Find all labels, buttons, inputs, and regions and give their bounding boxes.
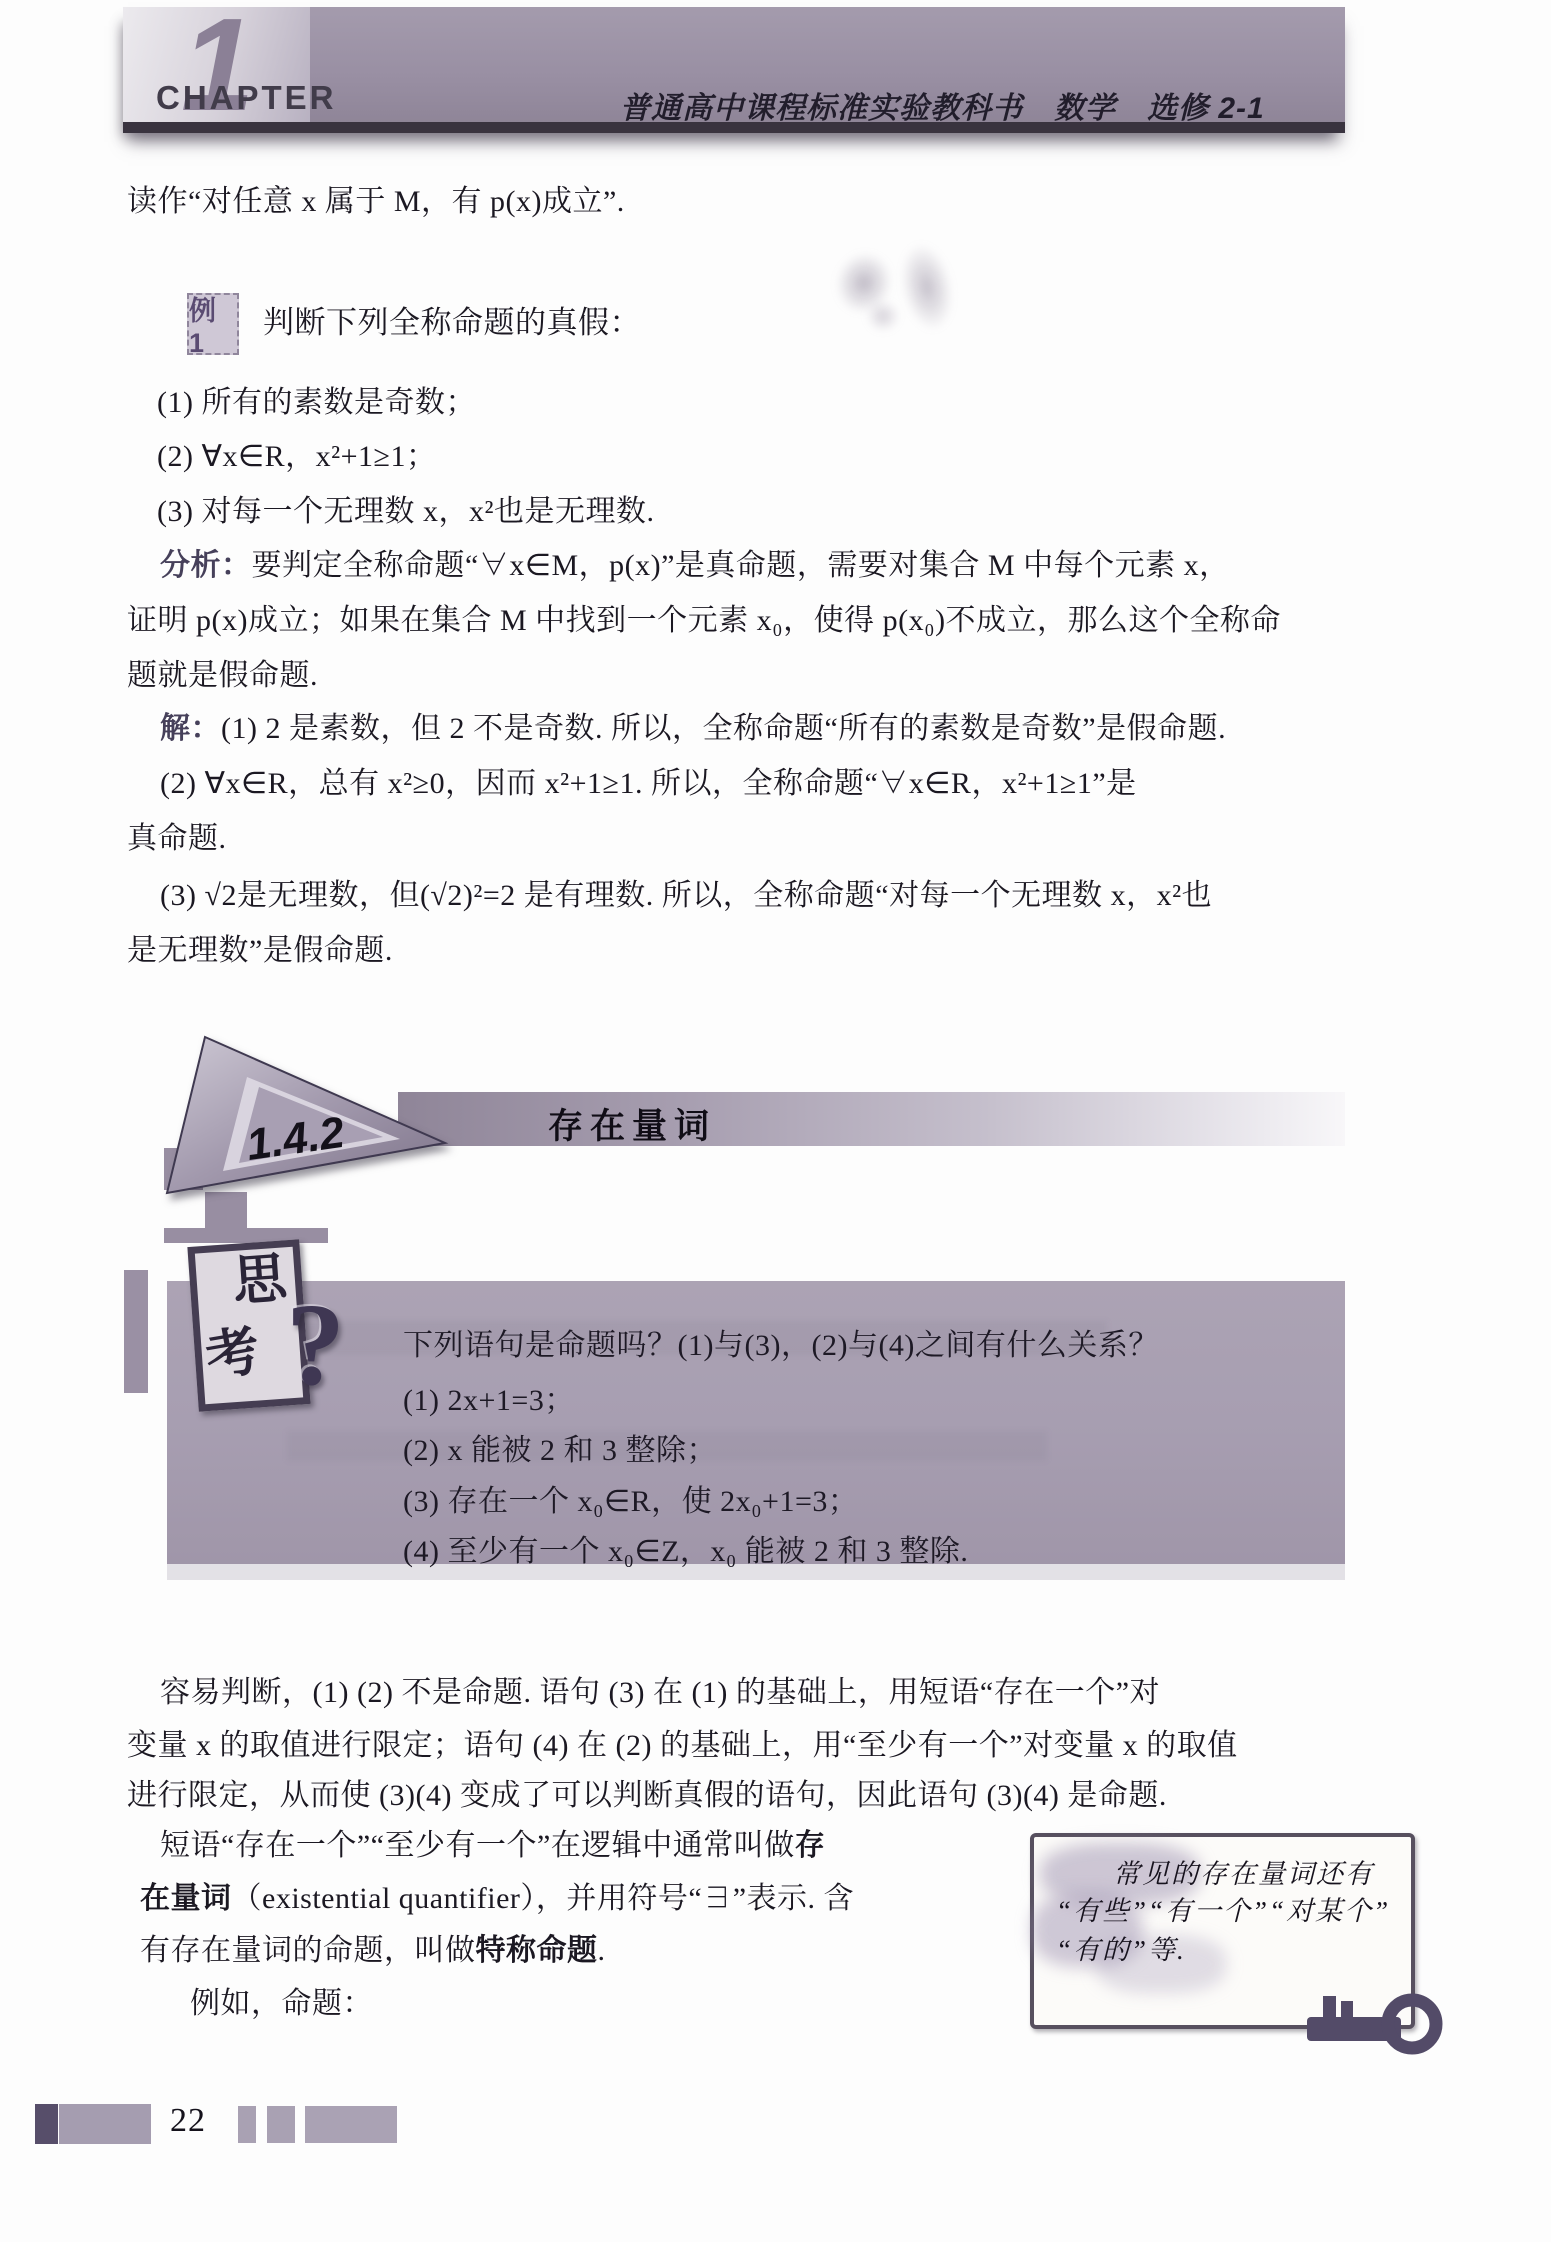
paragraph-line: 有存在量词的命题，叫做特称命题. <box>140 1931 606 1971</box>
paragraph-line: 短语“存在一个”“至少有一个”在逻辑中通常叫做存 <box>160 1826 825 1866</box>
section-title: 存在量词 <box>548 1099 716 1149</box>
footer-deco-block <box>305 2106 397 2143</box>
side-note-line: 常见的存在量词还有 <box>1113 1857 1374 1891</box>
section-banner-band <box>398 1092 1345 1146</box>
bold-term: 在量词 <box>140 1882 232 1915</box>
deco-bar <box>164 1228 328 1243</box>
solution-line: 真命题. <box>127 819 227 859</box>
page-number: 22 <box>170 2102 206 2140</box>
footer-deco-block <box>59 2104 151 2144</box>
section-triangle-icon: 1.4.2 <box>155 1025 465 1210</box>
solution-line: (3) √2是无理数，但(√2)²=2 是有理数. 所以，全称命题“对每一个无理… <box>160 876 1212 916</box>
scan-smudge <box>893 239 960 335</box>
analysis-line: 题就是假命题. <box>127 656 318 696</box>
key-icon <box>1303 1976 1443 2066</box>
solution-line: 是无理数”是假命题. <box>127 931 393 971</box>
paragraph-line: 例如，命题： <box>190 1984 373 2024</box>
think-badge-char: 考 <box>202 1323 265 1386</box>
analysis-line: 证明 p(x)成立；如果在集合 M 中找到一个元素 x₀，使得 p(x₀)不成立… <box>127 601 1281 641</box>
solution-label: 解： <box>160 712 221 745</box>
question-mark-icon: ? <box>286 1286 345 1404</box>
analysis-label: 分析： <box>160 549 252 582</box>
textbook-page: 1 CHAPTER 普通高中课程标准实验教科书 数学 选修 2-1 读作“对任意… <box>0 0 1551 2242</box>
paragraph-line: 在量词（existential quantifier），并用符号“∃”表示. 含 <box>140 1879 854 1919</box>
bold-term: 特称命题 <box>476 1934 598 1967</box>
intro-line: 读作“对任意 x 属于 M，有 p(x)成立”. <box>127 182 625 222</box>
side-note-line: “有些”“有一个”“对某个” <box>1056 1894 1390 1928</box>
solution-line: 解：(1) 2 是素数，但 2 不是奇数. 所以，全称命题“所有的素数是奇数”是… <box>160 709 1226 749</box>
paragraph-line: 进行限定，从而使 (3)(4) 变成了可以判断真假的语句，因此语句 (3)(4)… <box>127 1776 1167 1816</box>
paragraph-line: 容易判断，(1) (2) 不是命题. 语句 (3) 在 (1) 的基础上，用短语… <box>160 1673 1160 1713</box>
side-note-line: “有的”等. <box>1056 1933 1186 1967</box>
think-item: (4) 至少有一个 x₀∈Z，x₀ 能被 2 和 3 整除. <box>403 1532 968 1572</box>
think-badge-char: 思 <box>231 1251 289 1309</box>
example-label-box: 例 1 <box>187 293 239 355</box>
footer-deco-block <box>238 2106 256 2143</box>
bold-term: 存 <box>795 1829 826 1862</box>
analysis-line: 分析：要判定全称命题“∀x∈M，p(x)”是真命题，需要对集合 M 中每个元素 … <box>160 546 1230 586</box>
footer-deco-block <box>35 2104 58 2144</box>
scan-smudge <box>866 300 900 332</box>
example-item: (3) 对每一个无理数 x，x²也是无理数. <box>157 492 654 532</box>
think-item: (2) x 能被 2 和 3 整除； <box>403 1431 717 1471</box>
footer-deco-block <box>267 2106 295 2143</box>
think-intro: 下列语句是命题吗？(1)与(3)，(2)与(4)之间有什么关系？ <box>403 1326 1159 1366</box>
chapter-label: CHAPTER <box>156 79 337 117</box>
deco-bar <box>124 1270 148 1393</box>
example-item: (2) ∀x∈R，x²+1≥1； <box>157 437 437 477</box>
think-item: (3) 存在一个 x₀∈R，使 2x₀+1=3； <box>403 1482 858 1522</box>
example-title: 判断下列全称命题的真假： <box>263 303 641 343</box>
paragraph-line: 变量 x 的取值进行限定；语句 (4) 在 (2) 的基础上，用“至少有一个”对… <box>127 1726 1238 1766</box>
solution-line: (2) ∀x∈R，总有 x²≥0，因而 x²+1≥1. 所以，全称命题“∀x∈R… <box>160 764 1137 804</box>
example-item: (1) 所有的素数是奇数； <box>157 383 476 423</box>
think-item: (1) 2x+1=3； <box>403 1381 575 1421</box>
chapter-header-banner: 1 CHAPTER 普通高中课程标准实验教科书 数学 选修 2-1 <box>123 7 1345 133</box>
series-title: 普通高中课程标准实验教科书 数学 选修 2-1 <box>620 83 1265 127</box>
